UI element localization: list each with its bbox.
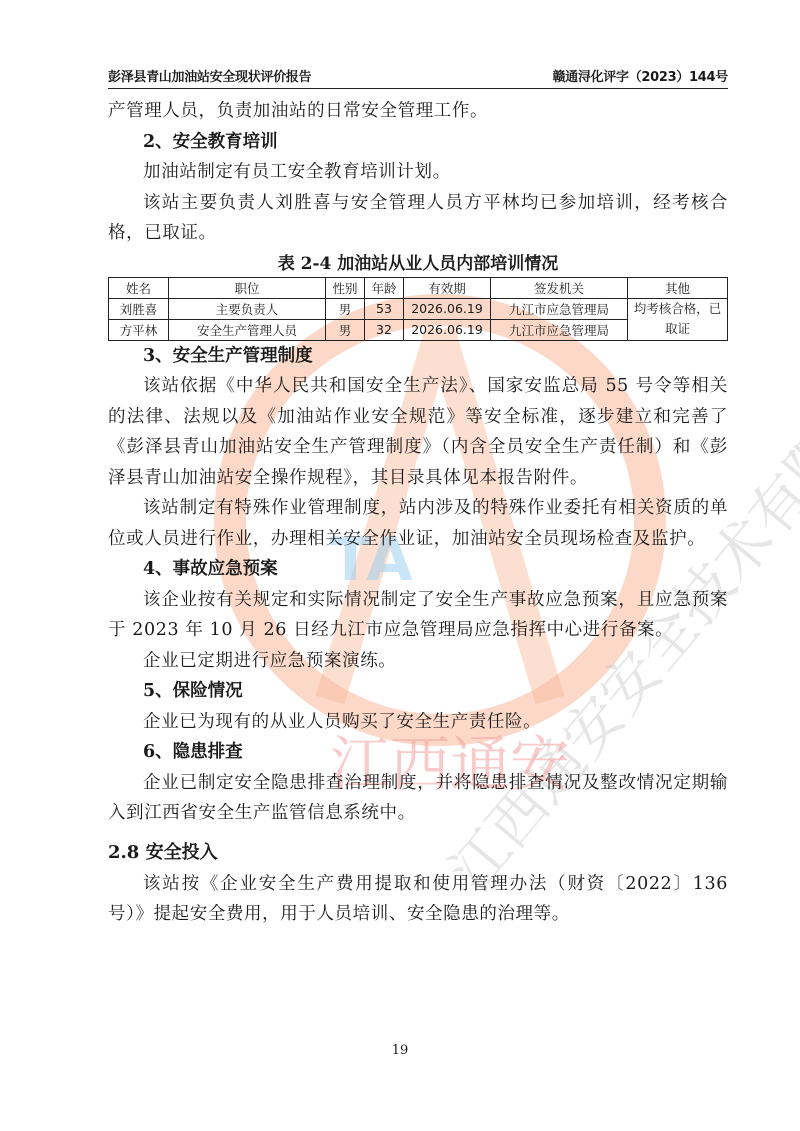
col-header: 年龄 xyxy=(365,277,404,298)
col-header: 性别 xyxy=(326,277,365,298)
cell-text: 取证 xyxy=(630,319,725,339)
col-header: 其他 xyxy=(628,277,728,298)
heading-hazard-check: 6、隐患排查 xyxy=(108,737,728,768)
paragraph: 企业已制定安全隐患排查治理制度，并将隐患排查情况及整改情况定期输入到江西省安全生… xyxy=(108,768,728,829)
page-header: 彭泽县青山加油站安全现状评价报告 赣通浔化评字（2023）144号 xyxy=(108,66,728,89)
document-body: 产管理人员，负责加油站的日常安全管理工作。 2、安全教育培训 加油站制定有员工安… xyxy=(108,96,728,930)
cell-other-merged: 均考核合格，已 取证 xyxy=(628,298,728,340)
col-header: 有效期 xyxy=(404,277,491,298)
cell: 男 xyxy=(326,298,365,319)
report-title: 彭泽县青山加油站安全现状评价报告 xyxy=(108,66,311,88)
cell: 2026.06.19 xyxy=(404,319,491,340)
heading-safety-investment: 2.8 安全投入 xyxy=(108,837,728,869)
cell: 刘胜喜 xyxy=(109,298,169,319)
cell: 32 xyxy=(365,319,404,340)
cell: 安全生产管理人员 xyxy=(169,319,326,340)
cell: 2026.06.19 xyxy=(404,298,491,319)
table-row: 刘胜喜 主要负责人 男 53 2026.06.19 九江市应急管理局 均考核合格… xyxy=(109,298,728,319)
heading-insurance: 5、保险情况 xyxy=(108,676,728,707)
table-header-row: 姓名 职位 性别 年龄 有效期 签发机关 其他 xyxy=(109,277,728,298)
heading-safety-training: 2、安全教育培训 xyxy=(108,127,728,158)
cell: 53 xyxy=(365,298,404,319)
paragraph: 该站制定有特殊作业管理制度，站内涉及的特殊作业委托有相关资质的单位或人员进行作业… xyxy=(108,493,728,554)
report-code: 赣通浔化评字（2023）144号 xyxy=(552,66,728,88)
col-header: 签发机关 xyxy=(491,277,628,298)
col-header: 姓名 xyxy=(109,277,169,298)
paragraph: 该站按《企业安全生产费用提取和使用管理办法（财资〔2022〕136 号）》提起安… xyxy=(108,869,728,930)
paragraph: 企业已为现有的从业人员购买了安全生产责任险。 xyxy=(108,707,728,738)
paragraph: 企业已定期进行应急预案演练。 xyxy=(108,646,728,677)
paragraph: 该企业按有关规定和实际情况制定了安全生产事故应急预案，且应急预案于 2023 年… xyxy=(108,585,728,646)
cell: 九江市应急管理局 xyxy=(491,298,628,319)
cell: 主要负责人 xyxy=(169,298,326,319)
heading-management-system: 3、安全生产管理制度 xyxy=(108,341,728,372)
paragraph: 该站主要负责人刘胜喜与安全管理人员方平林均已参加培训，经考核合格，已取证。 xyxy=(108,188,728,249)
cell: 男 xyxy=(326,319,365,340)
paragraph: 加油站制定有员工安全教育培训计划。 xyxy=(108,157,728,188)
table-caption: 表 2-4 加油站从业人员内部培训情况 xyxy=(108,251,728,277)
training-table: 姓名 职位 性别 年龄 有效期 签发机关 其他 刘胜喜 主要负责人 男 53 2… xyxy=(108,277,728,341)
paragraph: 该站依据《中华人民共和国安全生产法》、国家安监总局 55 号令等相关的法律、法规… xyxy=(108,371,728,493)
intro-line: 产管理人员，负责加油站的日常安全管理工作。 xyxy=(108,96,728,127)
col-header: 职位 xyxy=(169,277,326,298)
cell: 方平林 xyxy=(109,319,169,340)
heading-emergency-plan: 4、事故应急预案 xyxy=(108,554,728,585)
cell-text: 均考核合格，已 xyxy=(630,299,725,319)
cell: 九江市应急管理局 xyxy=(491,319,628,340)
page-number: 19 xyxy=(0,1043,800,1058)
